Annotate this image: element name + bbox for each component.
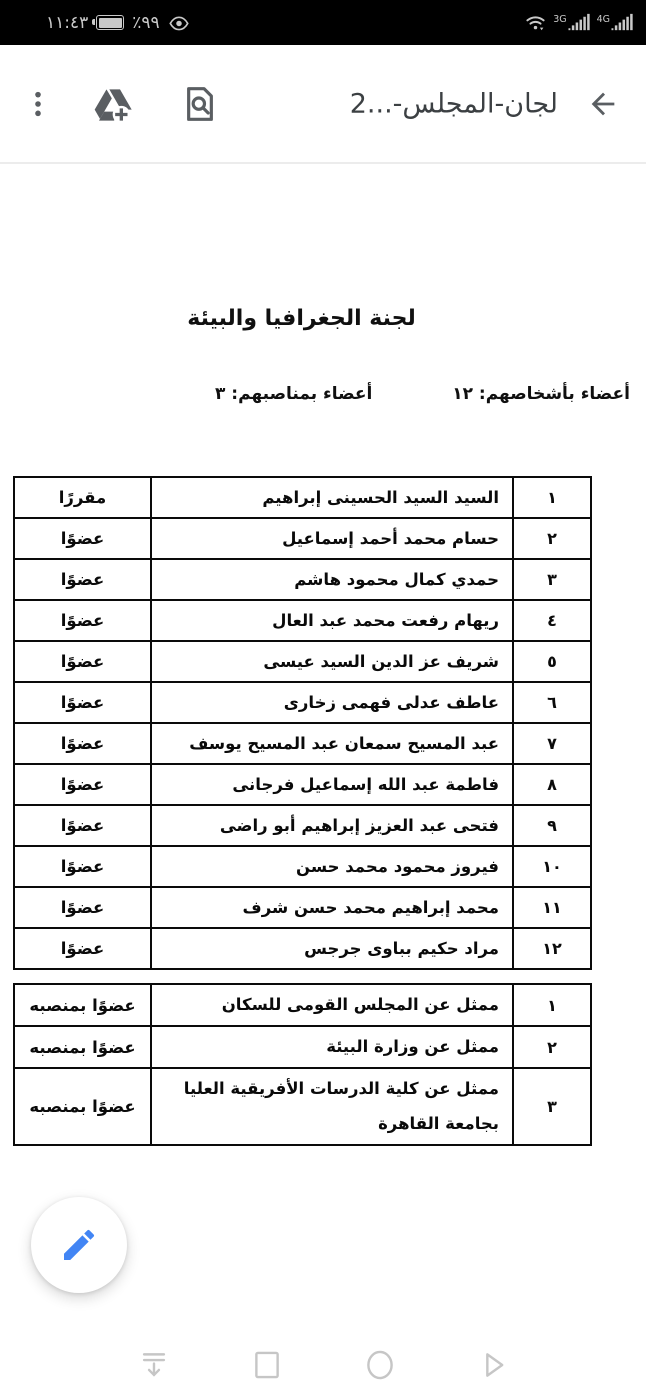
cell-num: ٣ [513, 559, 591, 600]
back-arrow-icon[interactable] [586, 87, 620, 121]
cell-name: شريف عز الدين السيد عيسى [151, 641, 513, 682]
battery-icon [96, 15, 124, 30]
status-bar: ١١:٤٣ ٪٩٩ 3G [0, 0, 646, 45]
cell-name: حسام محمد أحمد إسماعيل [151, 518, 513, 559]
status-left-cluster: ١١:٤٣ ٪٩٩ [46, 12, 190, 34]
cell-num: ٧ [513, 723, 591, 764]
members-in-person-label: أعضاء بأشخاصهم: ١٢ [452, 384, 630, 404]
cell-num: ١١ [513, 887, 591, 928]
table-row: ١١محمد إبراهيم محمد حسن شرفعضوًا [14, 887, 591, 928]
table-row: ٦عاطف عدلى فهمى زخارىعضوًا [14, 682, 591, 723]
hide-navbar-button[interactable] [136, 1347, 172, 1383]
cell-name: فاطمة عبد الله إسماعيل فرجانى [151, 764, 513, 805]
table-row: ١٠فيروز محمود محمد حسنعضوًا [14, 846, 591, 887]
cell-num: ٢ [513, 1026, 591, 1068]
cell-name: ممثل عن وزارة البيئة [151, 1026, 513, 1068]
cell-num: ١٠ [513, 846, 591, 887]
table-row: ٢ممثل عن وزارة البيئةعضوًا بمنصبه [14, 1026, 591, 1068]
cell-num: ٩ [513, 805, 591, 846]
cell-num: ١ [513, 984, 591, 1026]
cell-num: ٤ [513, 600, 591, 641]
document-page[interactable]: لجنة الجغرافيا والبيئة أعضاء بأشخاصهم: ١… [0, 164, 646, 1330]
cell-role: عضوًا بمنصبه [14, 984, 151, 1026]
navigation-bar [0, 1330, 646, 1400]
edit-fab-button[interactable] [31, 1197, 127, 1293]
cell-role: عضوًا [14, 805, 151, 846]
eye-comfort-icon [168, 12, 190, 34]
table-row: ٣حمدي كمال محمود هاشمعضوًا [14, 559, 591, 600]
cell-name: ممثل عن المجلس القومى للسكان [151, 984, 513, 1026]
signal-bars-icon [611, 12, 634, 33]
cell-role: عضوًا [14, 928, 151, 969]
network-type-label: 3G [553, 14, 566, 25]
cell-num: ٨ [513, 764, 591, 805]
battery-percent-text: ٪٩٩ [132, 13, 159, 33]
cell-num: ٣ [513, 1068, 591, 1145]
cell-role: عضوًا بمنصبه [14, 1026, 151, 1068]
cell-role: مقررًا [14, 477, 151, 518]
table-row: ٧عبد المسيح سمعان عبد المسيح يوسفعضوًا [14, 723, 591, 764]
cell-role: عضوًا [14, 600, 151, 641]
positions-table: ١ممثل عن المجلس القومى للسكانعضوًا بمنصب… [13, 983, 592, 1146]
cell-name: عبد المسيح سمعان عبد المسيح يوسف [151, 723, 513, 764]
cell-num: ٦ [513, 682, 591, 723]
table-row: ١ممثل عن المجلس القومى للسكانعضوًا بمنصب… [14, 984, 591, 1026]
cell-role: عضوًا [14, 682, 151, 723]
home-button[interactable] [362, 1347, 398, 1383]
cell-role: عضوًا [14, 641, 151, 682]
cell-num: ٥ [513, 641, 591, 682]
overflow-menu-icon[interactable] [24, 87, 52, 121]
wifi-icon [524, 11, 547, 34]
table-row: ٥شريف عز الدين السيد عيسىعضوًا [14, 641, 591, 682]
network-type-label: 4G [597, 14, 610, 25]
cell-name: ممثل عن كلية الدرسات الأفريقية العليا بج… [151, 1068, 513, 1145]
recents-square-icon [250, 1348, 284, 1382]
cell-role: عضوًا [14, 518, 151, 559]
cell-name: فيروز محمود محمد حسن [151, 846, 513, 887]
add-to-drive-icon[interactable] [92, 84, 132, 124]
committee-title: لجنة الجغرافيا والبيئة [13, 306, 590, 331]
table-row: ٨فاطمة عبد الله إسماعيل فرجانىعضوًا [14, 764, 591, 805]
app-toolbar: لجان-المجلس-...2 [0, 45, 646, 162]
table-row: ١السيد السيد الحسينى إبراهيممقررًا [14, 477, 591, 518]
status-right-cluster: 3G 4G [524, 11, 634, 34]
table-row: ٩فتحى عبد العزيز إبراهيم أبو راضىعضوًا [14, 805, 591, 846]
clock-text: ١١:٤٣ [46, 13, 88, 33]
signal-sim1: 3G [553, 12, 590, 33]
table-row: ٢حسام محمد أحمد إسماعيلعضوًا [14, 518, 591, 559]
cell-name: عاطف عدلى فهمى زخارى [151, 682, 513, 723]
phone-screen: ١١:٤٣ ٪٩٩ 3G [0, 0, 646, 1400]
members-by-position-label: أعضاء بمناصبهم: ٣ [215, 384, 372, 404]
cell-name: حمدي كمال محمود هاشم [151, 559, 513, 600]
pencil-icon [59, 1225, 99, 1265]
signal-bars-icon [568, 12, 591, 33]
back-triangle-icon [476, 1348, 510, 1382]
table-row: ١٢مراد حكيم بباوى جرجسعضوًا [14, 928, 591, 969]
cell-num: ٢ [513, 518, 591, 559]
cell-num: ١ [513, 477, 591, 518]
cell-role: عضوًا [14, 723, 151, 764]
cell-name: فتحى عبد العزيز إبراهيم أبو راضى [151, 805, 513, 846]
cell-role: عضوًا [14, 846, 151, 887]
file-title: لجان-المجلس-...2 [350, 88, 558, 119]
home-circle-icon [363, 1348, 397, 1382]
cell-name: مراد حكيم بباوى جرجس [151, 928, 513, 969]
cell-role: عضوًا [14, 559, 151, 600]
cell-role: عضوًا بمنصبه [14, 1068, 151, 1145]
cell-name: محمد إبراهيم محمد حسن شرف [151, 887, 513, 928]
recents-button[interactable] [249, 1347, 285, 1383]
back-nav-button[interactable] [475, 1347, 511, 1383]
cell-role: عضوًا [14, 887, 151, 928]
table-row: ٤ريهام رفعت محمد عبد العالعضوًا [14, 600, 591, 641]
cell-name: ريهام رفعت محمد عبد العال [151, 600, 513, 641]
signal-sim2: 4G [597, 12, 634, 33]
find-in-document-icon[interactable] [180, 84, 220, 124]
table-row: ٣ممثل عن كلية الدرسات الأفريقية العليا ب… [14, 1068, 591, 1145]
cell-name: السيد السيد الحسينى إبراهيم [151, 477, 513, 518]
cell-num: ١٢ [513, 928, 591, 969]
cell-role: عضوًا [14, 764, 151, 805]
hide-navbar-icon [137, 1348, 171, 1382]
members-table: ١السيد السيد الحسينى إبراهيممقررًا٢حسام … [13, 476, 592, 970]
